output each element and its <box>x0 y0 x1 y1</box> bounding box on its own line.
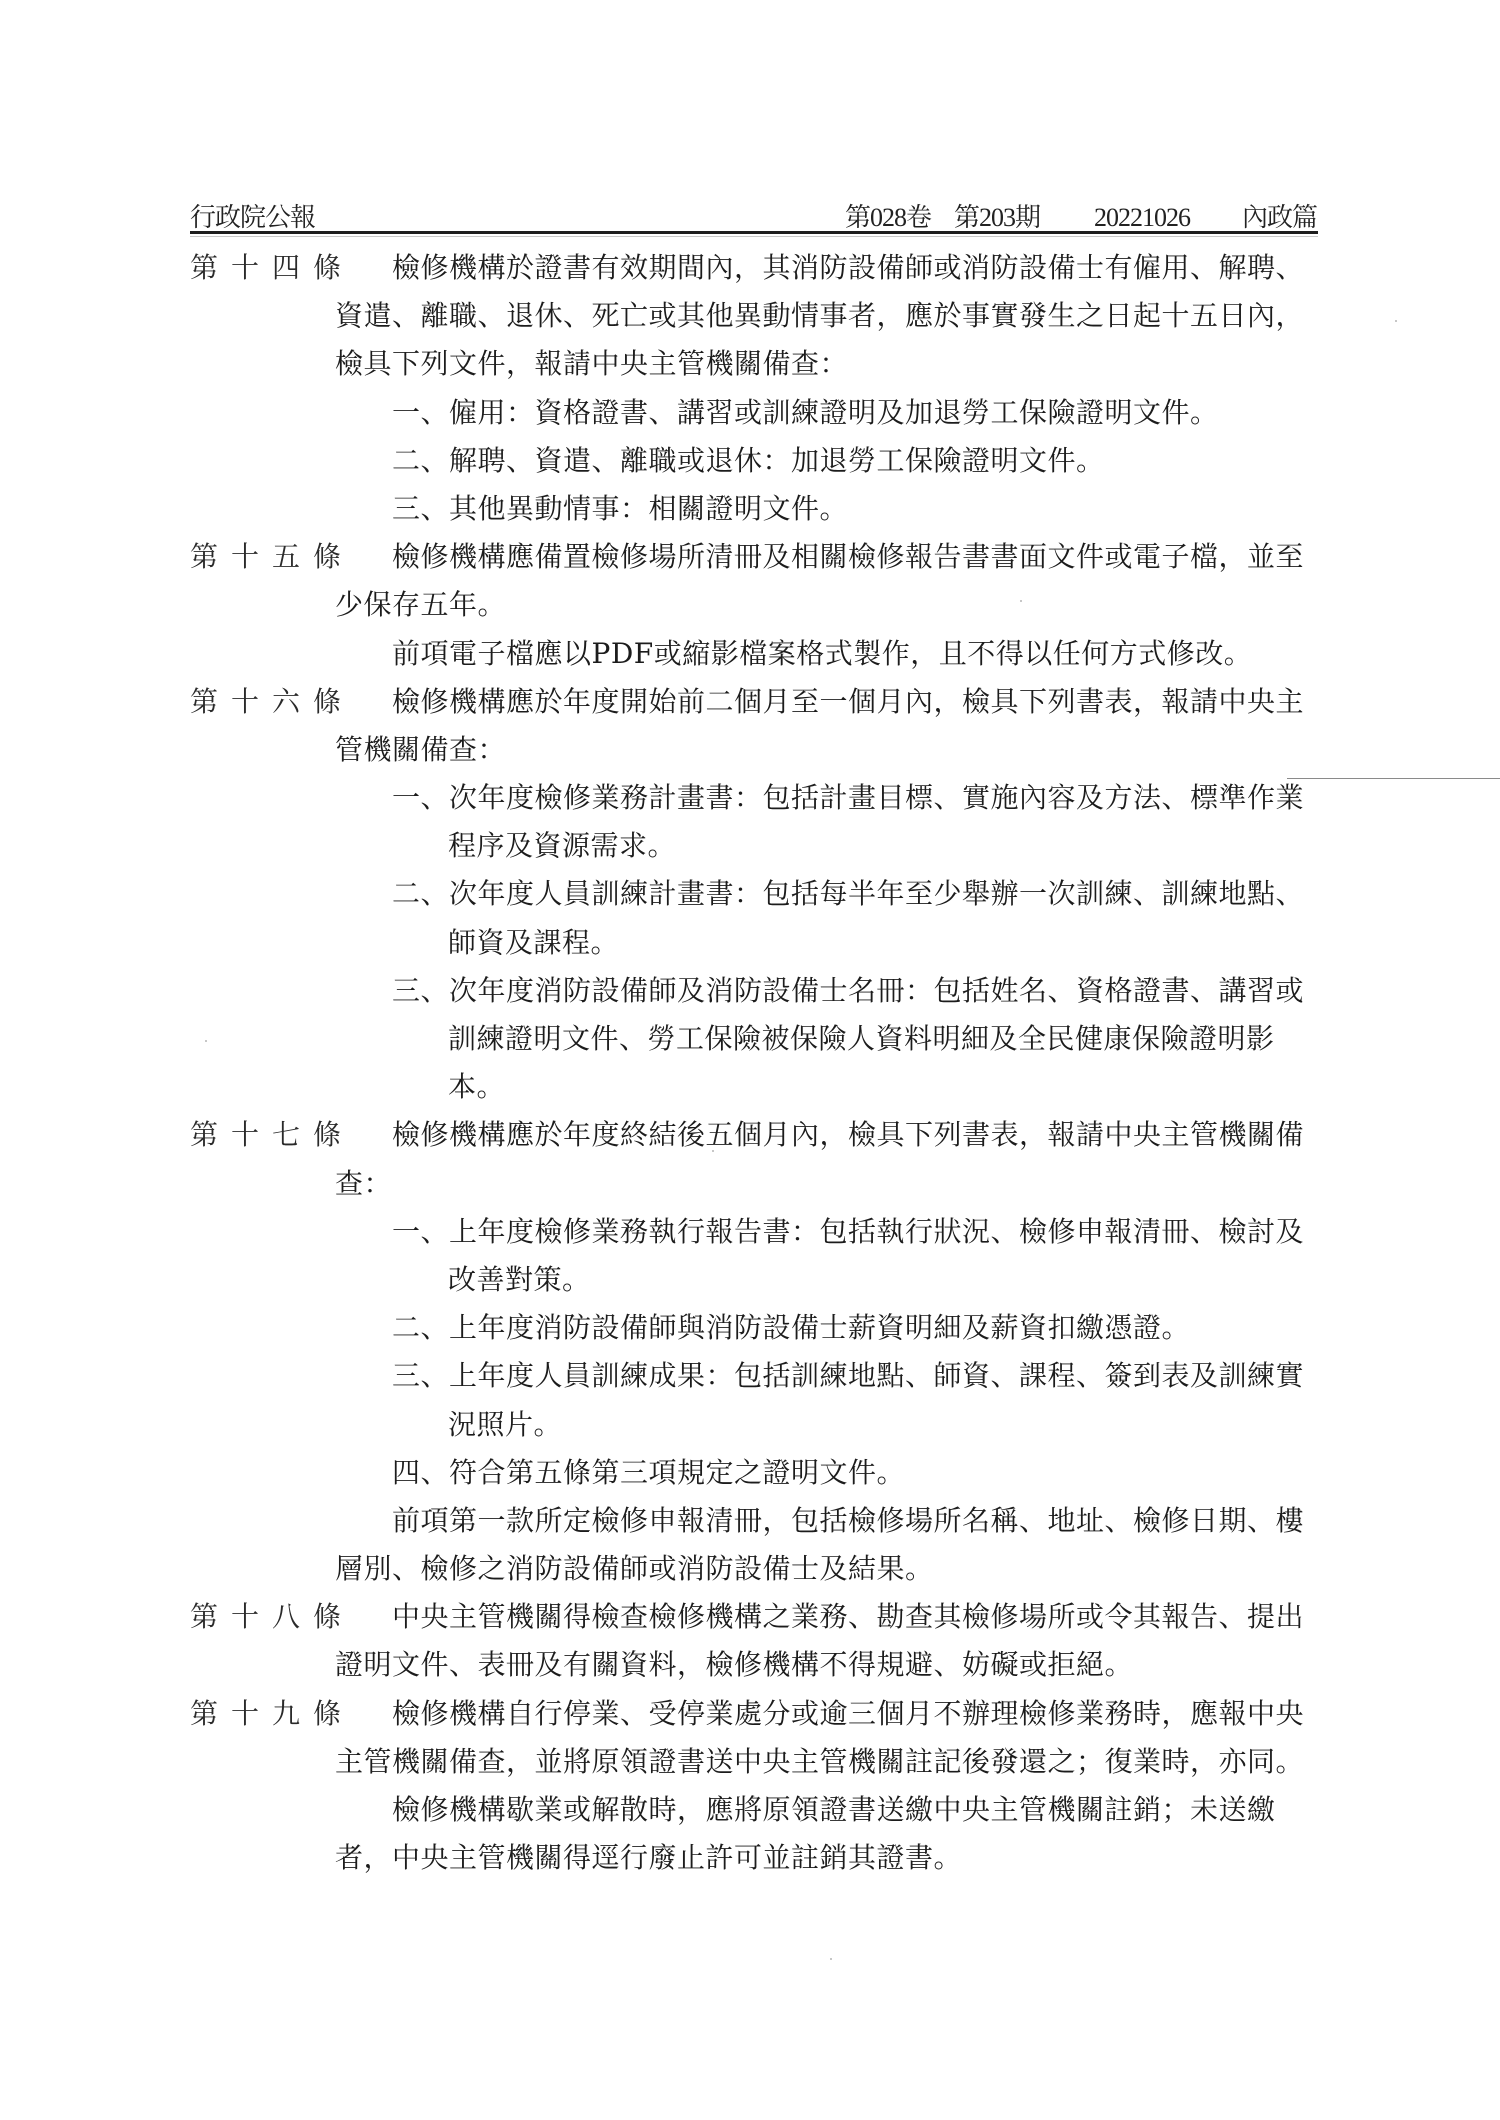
publication-title: 行政院公報 <box>190 202 315 234</box>
article-text-line: 管機關備查： <box>0 726 1500 774</box>
issue-number: 第203期 <box>954 202 1040 234</box>
article-text-line: 證明文件、表冊及有關資料，檢修機構不得規避、妨礙或拒絕。 <box>0 1641 1500 1689</box>
gazette-page: 行政院公報 第028卷 第203期 20221026 內政篇 第十四條 檢修機構… <box>0 0 1500 2120</box>
article-18: 第十八條 中央主管機關得檢查檢修機構之業務、勘查其檢修場所或令其報告、提出 證明… <box>0 1593 1500 1689</box>
list-item: 三、次年度消防設備師及消防設備士名冊：包括姓名、資格證書、講習或 <box>0 967 1500 1015</box>
list-item: 二、上年度消防設備師與消防設備士薪資明細及薪資扣繳憑證。 <box>0 1304 1500 1352</box>
list-item: 二、解聘、資遣、離職或退休：加退勞工保險證明文件。 <box>0 437 1500 485</box>
article-14: 第十四條 檢修機構於證書有效期間內，其消防設備師或消防設備士有僱用、解聘、 資遣… <box>0 244 1500 533</box>
paragraph-line: 檢修機構歇業或解散時，應將原領證書送繳中央主管機關註銷；未送繳 <box>0 1786 1500 1834</box>
paragraph-line: 前項第一款所定檢修申報清冊，包括檢修場所名稱、地址、檢修日期、樓 <box>0 1497 1500 1545</box>
article-19: 第十九條 檢修機構自行停業、受停業處分或逾三個月不辦理檢修業務時，應報中央 主管… <box>0 1690 1500 1883</box>
list-item: 三、其他異動情事：相關證明文件。 <box>0 485 1500 533</box>
article-label: 第十七條 <box>190 1111 354 1159</box>
list-item: 二、次年度人員訓練計畫書：包括每半年至少舉辦一次訓練、訓練地點、 <box>0 870 1500 918</box>
list-item-continuation: 本。 <box>0 1063 1500 1111</box>
article-text-line: 查： <box>0 1160 1500 1208</box>
list-item-continuation: 師資及課程。 <box>0 919 1500 967</box>
article-16: 第十六條 檢修機構應於年度開始前二個月至一個月內，檢具下列書表，報請中央主 管機… <box>0 678 1500 1112</box>
list-item: 四、符合第五條第三項規定之證明文件。 <box>0 1449 1500 1497</box>
article-label: 第十八條 <box>190 1593 354 1641</box>
volume-number: 第028卷 <box>845 202 931 234</box>
list-item: 一、次年度檢修業務計畫書：包括計畫目標、實施內容及方法、標準作業 <box>0 774 1500 822</box>
article-text-line: 檢具下列文件，報請中央主管機關備查： <box>0 340 1500 388</box>
list-item: 三、上年度人員訓練成果：包括訓練地點、師資、課程、簽到表及訓練實 <box>0 1352 1500 1400</box>
paragraph-line: 前項電子檔應以PDF或縮影檔案格式製作，且不得以任何方式修改。 <box>0 630 1500 678</box>
article-label: 第十五條 <box>190 533 354 581</box>
paragraph-line: 者，中央主管機關得逕行廢止許可並註銷其證書。 <box>0 1834 1500 1882</box>
list-item: 一、上年度檢修業務執行報告書：包括執行狀況、檢修申報清冊、檢討及 <box>0 1208 1500 1256</box>
document-body: 第十四條 檢修機構於證書有效期間內，其消防設備師或消防設備士有僱用、解聘、 資遣… <box>0 244 1500 1882</box>
list-item: 一、僱用：資格證書、講習或訓練證明及加退勞工保險證明文件。 <box>0 389 1500 437</box>
article-label: 第十六條 <box>190 678 354 726</box>
list-item-continuation: 況照片。 <box>0 1401 1500 1449</box>
header-rule-shadow <box>190 236 1318 237</box>
paragraph-line: 層別、檢修之消防設備師或消防設備士及結果。 <box>0 1545 1500 1593</box>
list-item-continuation: 改善對策。 <box>0 1256 1500 1304</box>
article-text-line: 資遣、離職、退休、死亡或其他異動情事者，應於事實發生之日起十五日內， <box>0 292 1500 340</box>
section-name: 內政篇 <box>1242 202 1317 234</box>
article-text-line: 主管機關備查，並將原領證書送中央主管機關註記後發還之；復業時，亦同。 <box>0 1738 1500 1786</box>
article-15: 第十五條 檢修機構應備置檢修場所清冊及相關檢修報告書書面文件或電子檔，並至 少保… <box>0 533 1500 678</box>
list-item-continuation: 訓練證明文件、勞工保險被保險人資料明細及全民健康保險證明影 <box>0 1015 1500 1063</box>
header-rule <box>190 231 1318 234</box>
issue-date: 20221026 <box>1094 202 1190 234</box>
scan-speck <box>830 1958 832 1960</box>
article-label: 第十九條 <box>190 1690 354 1738</box>
article-label: 第十四條 <box>190 244 354 292</box>
list-item-continuation: 程序及資源需求。 <box>0 822 1500 870</box>
article-17: 第十七條 檢修機構應於年度終結後五個月內，檢具下列書表，報請中央主管機關備 查：… <box>0 1111 1500 1593</box>
article-text-line: 少保存五年。 <box>0 581 1500 629</box>
